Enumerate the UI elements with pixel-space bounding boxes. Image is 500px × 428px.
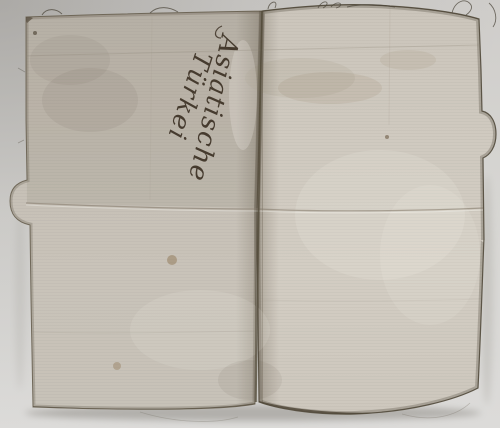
paper-texture [5,0,500,420]
photo-scene: Asiatische Türkei [0,0,500,428]
manuscript-photo: Asiatische Türkei [0,0,500,428]
